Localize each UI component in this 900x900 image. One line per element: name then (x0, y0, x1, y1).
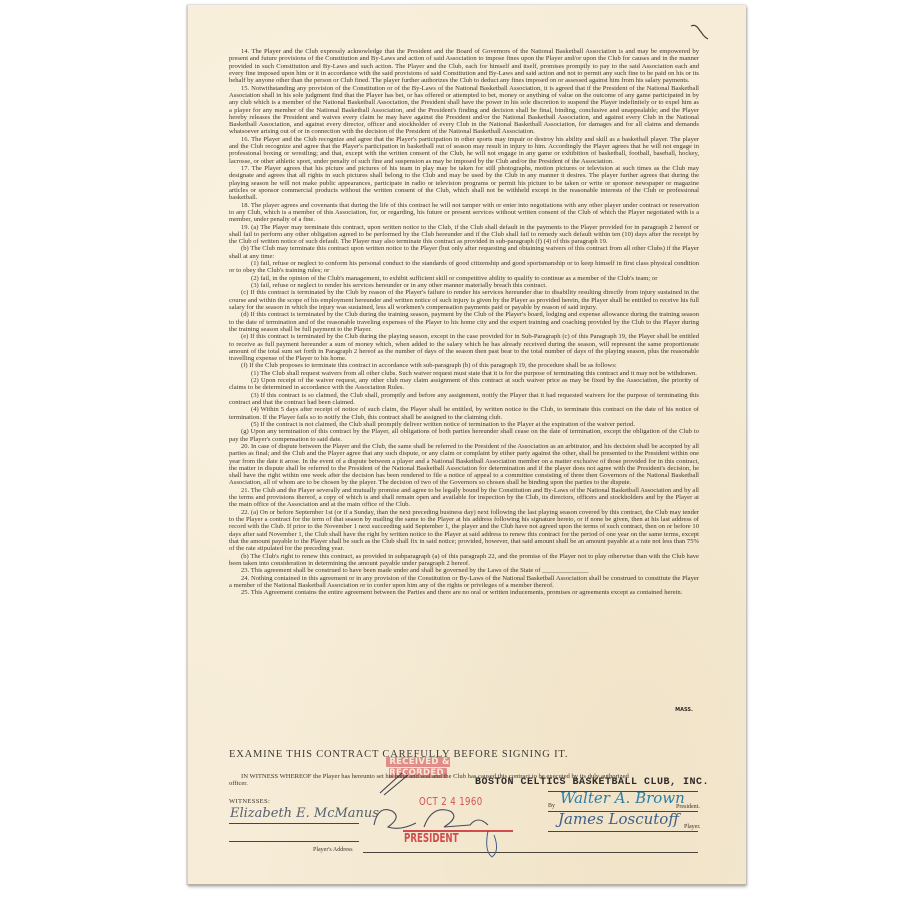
contract-page: 14. The Player and the Club expressly ac… (187, 5, 746, 885)
witness-signature-line (229, 823, 359, 824)
players-address-line (363, 852, 698, 853)
witness-signature: Elizabeth E. McManus (230, 806, 379, 821)
received-recorded-stamp: RECEIVED & RECORDED (366, 757, 470, 768)
witness-signature-line-2 (229, 841, 359, 842)
clause-p19f4: (4) Within 5 days after receipt of notic… (229, 406, 699, 421)
clause-p17: 17. The Player agrees that his picture a… (229, 165, 699, 202)
clause-p19f5: (5) If the contract is not claimed, the … (229, 421, 699, 428)
clause-p19f1: (1) The Club shall request waivers from … (229, 370, 699, 377)
club-officer-signature: Walter A. Brown (560, 789, 685, 807)
clause-p19e: (e) If this contract is terminated by th… (229, 333, 699, 362)
clause-p19b: (b) The Club may terminate this contract… (229, 245, 699, 260)
clause-p19f: (f) If the Club proposes to terminate th… (229, 362, 699, 369)
clause-p19b1: (1) fail, refuse or neglect to conform h… (229, 260, 699, 275)
clause-p21: 21. The Club and the Player severally an… (229, 487, 699, 509)
clause-p16: 16. The Player and the Club recognize an… (229, 136, 699, 165)
state-field-value: MASS. (664, 707, 704, 714)
clause-p19a: 19. (a) The Player may terminate this co… (229, 224, 699, 246)
player-label: Player. (684, 824, 701, 830)
club-name: BOSTON CELTICS BASKETBALL CLUB, INC. (475, 777, 709, 788)
clause-p25: 25. This Agreement contains the entire a… (229, 589, 699, 596)
clause-p19c: (c) If this contract is terminated by th… (229, 289, 699, 311)
clause-p18: 18. The player agrees and covenants that… (229, 202, 699, 224)
president-stamp: PRESIDENT (404, 831, 459, 845)
clause-p19b2: (2) fail, in the opinion of the Club's m… (229, 275, 699, 282)
by-label: By (548, 803, 555, 809)
clause-p19b3: (3) fail, refuse or neglect to render hi… (229, 282, 699, 289)
clause-p19f2: (2) Upon receipt of the waiver request, … (229, 377, 699, 392)
clause-p24: 24. Nothing contained in this agreement … (229, 575, 699, 590)
clause-p15: 15. Notwithstanding any provision of the… (229, 85, 699, 136)
witnesses-label: WITNESSES: (229, 798, 270, 805)
clause-p23: 23. This agreement shall be construed to… (229, 567, 699, 574)
players-address-label: Player's Address (313, 847, 353, 853)
clause-p14: 14. The Player and the Club expressly ac… (229, 48, 699, 85)
contract-clauses: 14. The Player and the Club expressly ac… (229, 48, 699, 596)
player-signature: James Loscutoff (558, 810, 679, 828)
clause-p19f3: (3) If this contract is so claimed, the … (229, 392, 699, 407)
player-signature-line (548, 831, 698, 832)
clause-p19d: (d) If this contract is terminated by th… (229, 311, 699, 333)
clause-p19g: (g) Upon any termination of this contrac… (229, 428, 699, 443)
date-stamp: OCT 2 4 1960 (419, 795, 483, 808)
clause-p22b: (b) The Club's right to renew this contr… (229, 553, 699, 568)
clause-p20: 20. In case of dispute between the Playe… (229, 443, 699, 487)
staple-mark-icon (689, 23, 711, 43)
clause-p22a: 22. (a) On or before September 1st (or i… (229, 509, 699, 553)
